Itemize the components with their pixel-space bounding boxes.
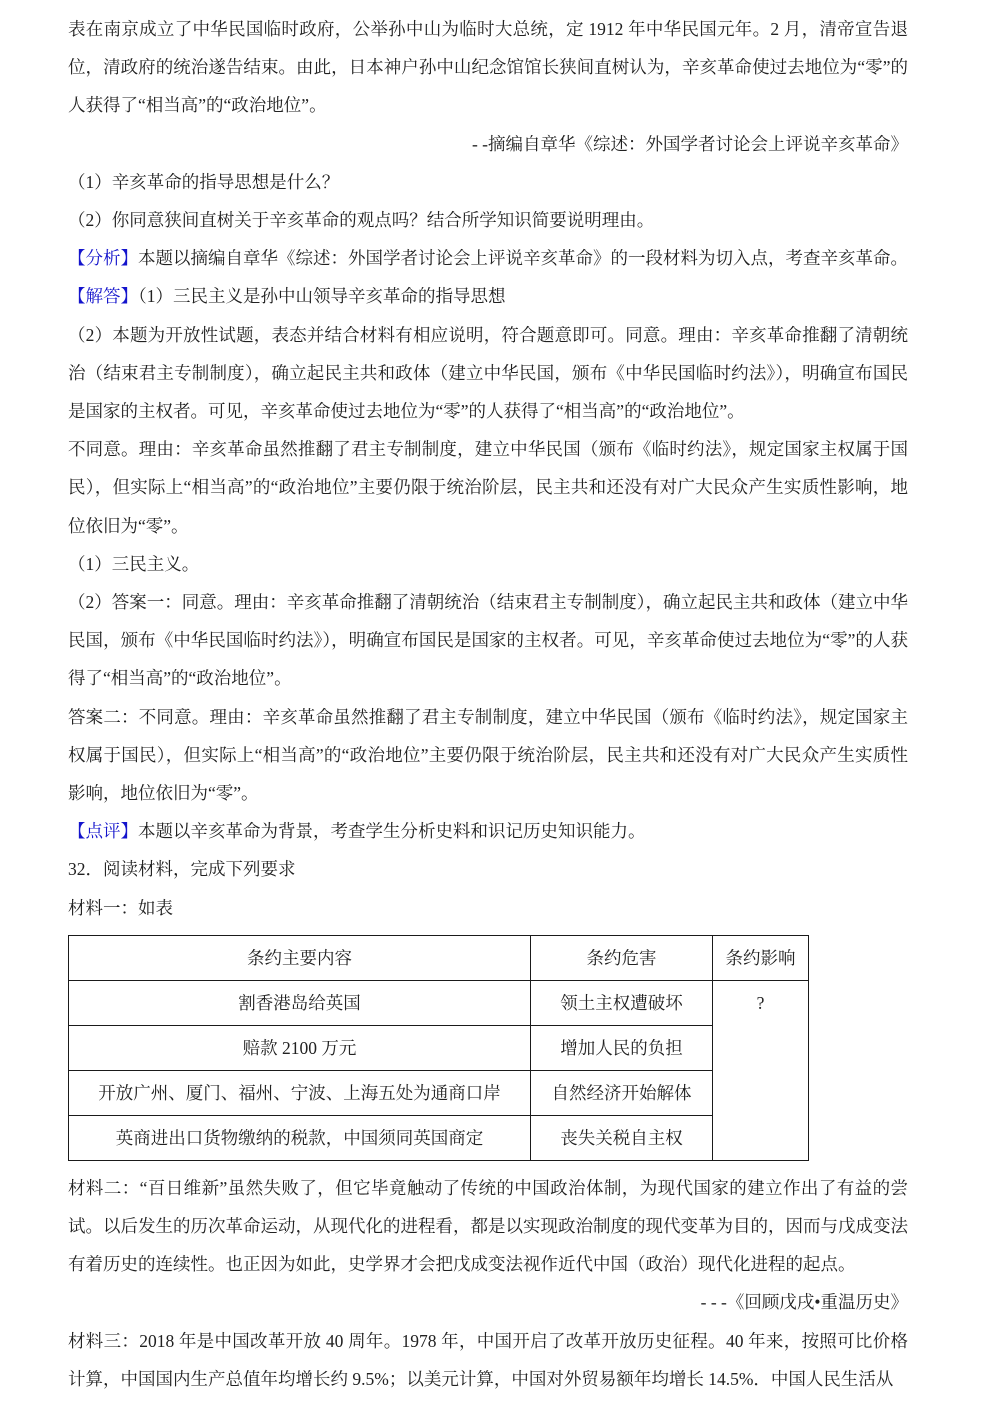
q31-answer-part2-disagree: 不同意。理由：辛亥革命虽然推翻了君主专制制度，建立中华民国（颁布《临时约法》，规… [68, 430, 908, 545]
table-cell-content: 开放广州、厦门、福州、宁波、上海五处为通商口岸 [69, 1070, 531, 1115]
q31-analysis-paragraph: 【分析】本题以摘编自章华《综述：外国学者讨论会上评说辛亥革命》的一段材料为切入点… [68, 239, 908, 277]
q31-source-citation: - -摘编自章华《综述：外国学者讨论会上评说辛亥革命》 [68, 125, 908, 163]
q31-comment-paragraph: 【点评】本题以辛亥革命为背景，考查学生分析史料和识记历史知识能力。 [68, 812, 908, 850]
q31-final-answer-2-disagree: 答案二：不同意。理由：辛亥革命虽然推翻了君主专制制度，建立中华民国（颁布《临时约… [68, 698, 908, 813]
answer-label: 【解答】 [68, 286, 138, 306]
table-header-influence: 条约影响 [713, 935, 809, 980]
table-row: 开放广州、厦门、福州、宁波、上海五处为通商口岸 自然经济开始解体 [69, 1070, 809, 1115]
q31-final-answer-1: （1）三民主义。 [68, 545, 908, 583]
table-row: 割香港岛给英国 领土主权遭破坏 ? [69, 980, 809, 1025]
treaty-table-header-row: 条约主要内容 条约危害 条约影响 [69, 935, 809, 980]
document-page: 表在南京成立了中华民国临时政府，公举孙中山为临时大总统，定 1912 年中华民国… [0, 0, 992, 1403]
comment-label: 【点评】 [68, 821, 138, 841]
q31-sub-question-1: （1）辛亥革命的指导思想是什么？ [68, 163, 908, 201]
comment-text: 本题以辛亥革命为背景，考查学生分析史料和识记历史知识能力。 [138, 821, 646, 841]
table-cell-harm: 自然经济开始解体 [531, 1070, 713, 1115]
q31-answer-part2-agree: （2）本题为开放性试题，表态并结合材料有相应说明，符合题意即可。同意。理由：辛亥… [68, 316, 908, 431]
table-header-harm: 条约危害 [531, 935, 713, 980]
q31-final-answer-2-agree: （2）答案一：同意。理由：辛亥革命推翻了清朝统治（结束君主专制制度），确立起民主… [68, 583, 908, 698]
table-cell-content: 割香港岛给英国 [69, 980, 531, 1025]
table-cell-content: 赔款 2100 万元 [69, 1025, 531, 1070]
analysis-text: 本题以摘编自章华《综述：外国学者讨论会上评说辛亥革命》的一段材料为切入点，考查辛… [138, 248, 908, 268]
analysis-label: 【分析】 [68, 248, 138, 268]
table-row: 英商进出口货物缴纳的税款，中国须同英国商定 丧失关税自主权 [69, 1115, 809, 1160]
table-cell-content: 英商进出口货物缴纳的税款，中国须同英国商定 [69, 1115, 531, 1160]
table-header-content: 条约主要内容 [69, 935, 531, 980]
table-row: 赔款 2100 万元 增加人民的负担 [69, 1025, 809, 1070]
q31-sub-question-2: （2）你同意狭间直树关于辛亥革命的观点吗？结合所学知识简要说明理由。 [68, 201, 908, 239]
table-cell-harm: 增加人民的负担 [531, 1025, 713, 1070]
answer-part1-text: （1）三民主义是孙中山领导辛亥革命的指导思想 [138, 286, 506, 306]
table-cell-influence: ? [713, 980, 809, 1160]
q32-source-citation: - - -《回顾戊戌•重温历史》 [68, 1283, 908, 1321]
q32-material1-intro: 材料一：如表 [68, 889, 908, 927]
table-cell-harm: 丧失关税自主权 [531, 1115, 713, 1160]
table-cell-harm: 领土主权遭破坏 [531, 980, 713, 1025]
q32-heading: 32．阅读材料，完成下列要求 [68, 850, 908, 888]
q32-material2-paragraph: 材料二：“百日维新”虽然失败了，但它毕竟触动了传统的中国政治体制，为现代国家的建… [68, 1169, 908, 1284]
q31-intro-paragraph: 表在南京成立了中华民国临时政府，公举孙中山为临时大总统，定 1912 年中华民国… [68, 10, 908, 125]
treaty-table: 条约主要内容 条约危害 条约影响 割香港岛给英国 领土主权遭破坏 ? 赔款 21… [68, 935, 809, 1161]
q32-material3-paragraph: 材料三：2018 年是中国改革开放 40 周年。1978 年，中国开启了改革开放… [68, 1322, 908, 1398]
q31-answer-paragraph-1: 【解答】（1）三民主义是孙中山领导辛亥革命的指导思想 [68, 277, 908, 315]
